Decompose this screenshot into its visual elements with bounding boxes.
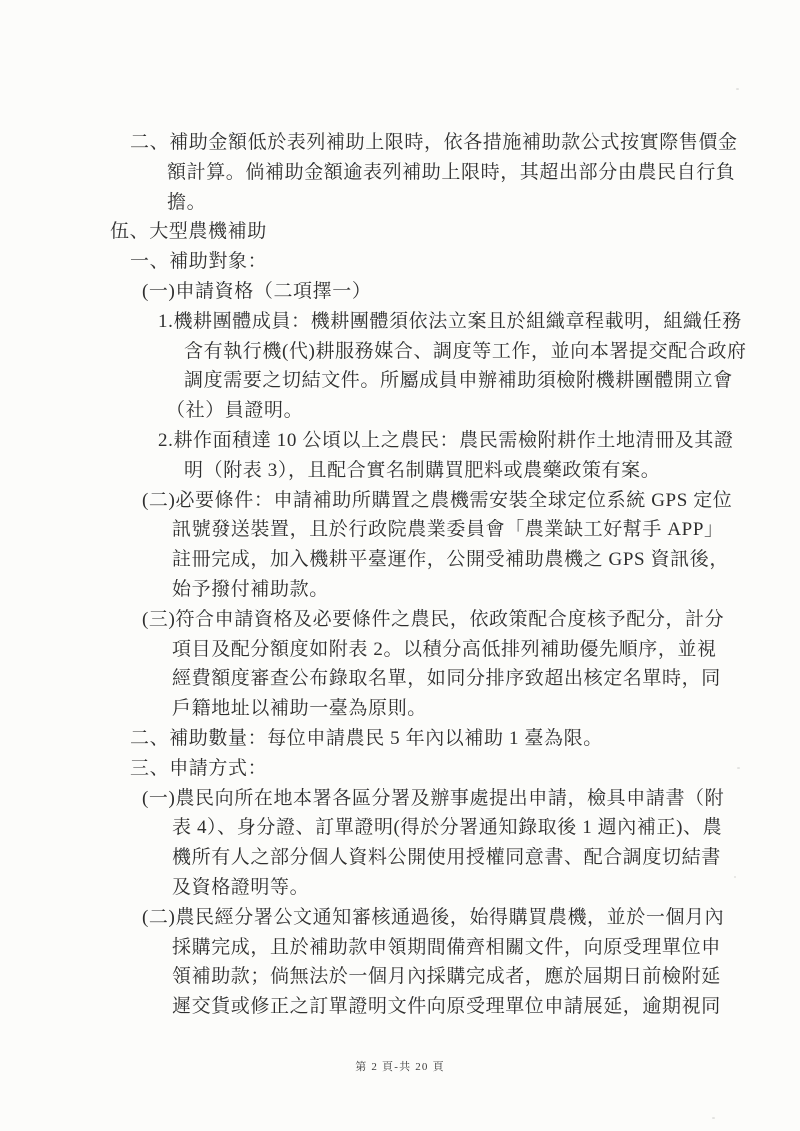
doc-line: 註冊完成，加入機耕平臺運作，公開受補助農機之 GPS 資訊後， [0, 545, 800, 575]
doc-line: 明（附表 3），且配合實名制購買肥料或農藥政策有案。 [0, 456, 800, 486]
doc-line: 額計算。倘補助金額逾表列補助上限時，其超出部分由農民自行負 [0, 158, 800, 188]
doc-line: 擔。 [0, 188, 800, 218]
doc-line: 含有執行機(代)耕服務媒合、調度等工作，並向本署提交配合政府 [0, 337, 800, 367]
doc-line: 遲交貨或修正之訂單證明文件向原受理單位申請展延，逾期視同 [0, 992, 800, 1022]
doc-line: 訊號發送裝置，且於行政院農業委員會「農業缺工好幫手 APP」 [0, 515, 800, 545]
doc-line: 一、補助對象： [0, 247, 800, 277]
doc-line: (二)必要條件：申請補助所購置之農機需安裝全球定位系統 GPS 定位 [0, 486, 800, 516]
doc-line-section-heading: 伍、大型農機補助 [0, 217, 800, 247]
doc-line: 2.耕作面積達 10 公頃以上之農民：農民需檢附耕作土地清冊及其證 [0, 426, 800, 456]
scan-artifact [734, 876, 736, 878]
scanned-document-page: 二、補助金額低於表列補助上限時，依各措施補助款公式按實際售價金 額計算。倘補助金… [0, 0, 800, 1131]
doc-line: 戶籍地址以補助一臺為原則。 [0, 694, 800, 724]
doc-line: 採購完成，且於補助款申領期間備齊相關文件，向原受理單位申 [0, 933, 800, 963]
doc-line: 始予撥付補助款。 [0, 575, 800, 605]
doc-line: (一)申請資格（二項擇一） [0, 277, 800, 307]
doc-line: （社）員證明。 [0, 396, 800, 426]
scan-artifact [712, 1117, 715, 1119]
doc-line: 機所有人之部分個人資料公開使用授權同意書、配合調度切結書 [0, 843, 800, 873]
doc-line: (三)符合申請資格及必要條件之農民，依政策配合度核予配分，計分 [0, 605, 800, 635]
doc-line: 三、申請方式： [0, 754, 800, 784]
doc-line: 二、補助數量：每位申請農民 5 年內以補助 1 臺為限。 [0, 724, 800, 754]
doc-line: (二)農民經分署公文通知審核通過後，始得購買農機，並於一個月內 [0, 903, 800, 933]
doc-line: 經費額度審查公布錄取名單，如同分排序致超出核定名單時，同 [0, 664, 800, 694]
doc-line: 表 4）、身分證、訂單證明(得於分署通知錄取後 1 週內補正)、農 [0, 813, 800, 843]
page-number-label: 第 2 頁-共 20 頁 [355, 1061, 445, 1073]
doc-line: (一)農民向所在地本署各區分署及辦事處提出申請，檢具申請書（附 [0, 784, 800, 814]
page-footer: 第 2 頁-共 20 頁 [0, 1058, 800, 1074]
document-body: 二、補助金額低於表列補助上限時，依各措施補助款公式按實際售價金 額計算。倘補助金… [0, 128, 800, 1022]
doc-line: 二、補助金額低於表列補助上限時，依各措施補助款公式按實際售價金 [0, 128, 800, 158]
scan-artifact [737, 767, 740, 769]
scan-artifact [736, 88, 739, 90]
doc-line: 1.機耕團體成員：機耕團體須依法立案且於組織章程載明，組織任務 [0, 307, 800, 337]
doc-line: 調度需要之切結文件。所屬成員申辦補助須檢附機耕團體開立會 [0, 366, 800, 396]
doc-line: 領補助款；倘無法於一個月內採購完成者，應於屆期日前檢附延 [0, 962, 800, 992]
scan-artifact [729, 171, 731, 173]
doc-line: 及資格證明等。 [0, 873, 800, 903]
doc-line: 項目及配分額度如附表 2。以積分高低排列補助優先順序，並視 [0, 635, 800, 665]
